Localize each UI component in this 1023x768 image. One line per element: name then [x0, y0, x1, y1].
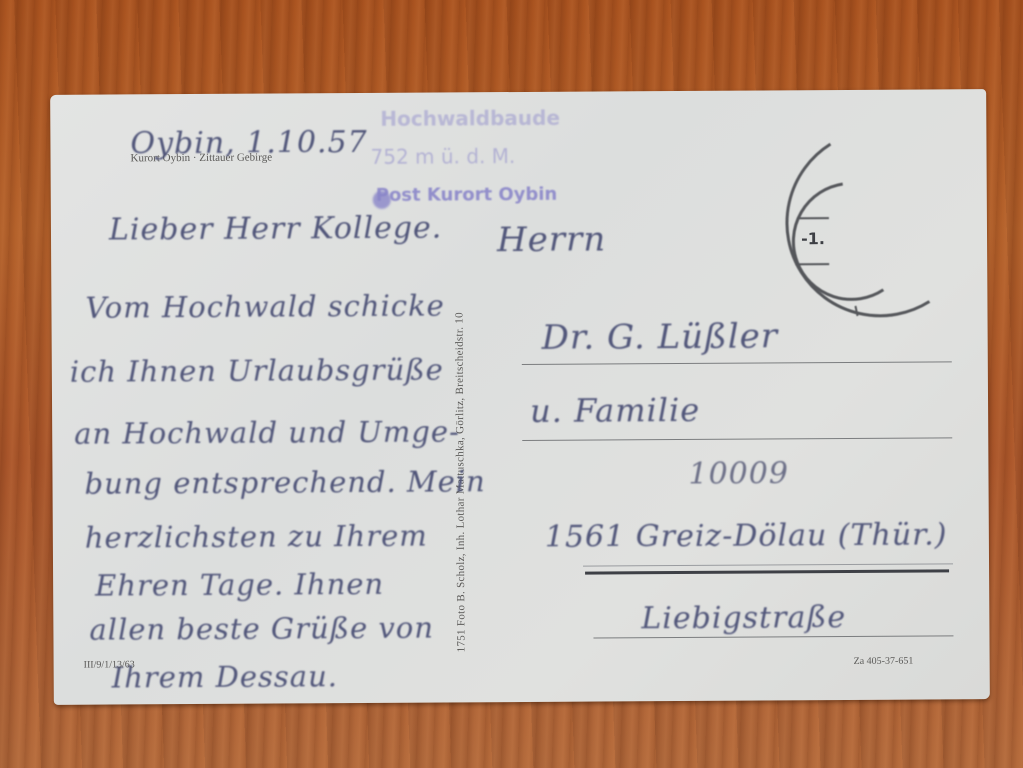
address-city: 1561 Greiz-Dölau (Thür.): [545, 517, 948, 554]
message-line: Ehren Tage. Ihnen: [95, 567, 384, 603]
address-underline: [585, 569, 949, 574]
message-line: herzlichsten zu Ihrem: [85, 519, 428, 555]
address-note-number: 10009: [688, 456, 789, 492]
message-line: Ihrem Dessau.: [112, 659, 338, 694]
address-line-rule: [522, 361, 952, 365]
address-street: Liebigstraße: [641, 600, 846, 636]
address-line-rule: [522, 437, 952, 441]
address-line-rule: [583, 563, 953, 566]
message-date: Oybin, 1.10.57: [130, 125, 367, 161]
message-line: ich Ihnen Urlaubsgrüße: [70, 352, 444, 388]
address-line-2: u. Familie: [530, 391, 700, 430]
message-line: an Hochwald und Umge-: [74, 414, 460, 450]
postcard: Kurort Oybin · Zittauer Gebirge Hochwald…: [50, 89, 990, 705]
message-line: bung entsprechend. Mein: [84, 464, 485, 500]
message-line: Lieber Herr Kollege.: [109, 210, 443, 247]
stamp-line-3: Post Kurort Oybin: [376, 184, 558, 206]
stamp-line-1: Hochwaldbaude: [380, 106, 560, 131]
postmark-text: -1.: [801, 229, 825, 248]
postmark-icon: -1.: [760, 131, 937, 328]
stamp-emblem-icon: [373, 191, 391, 209]
address-salutation: Herrn: [497, 219, 606, 260]
printed-code-right: Za 405-37-651: [854, 656, 914, 667]
message-line: Vom Hochwald schicke: [85, 288, 445, 324]
address-name: Dr. G. Lüßler: [542, 316, 779, 357]
message-line: allen beste Grüße von: [89, 611, 434, 647]
stamp-line-2: 752 m ü. d. M.: [370, 144, 515, 169]
printed-code-left: III/9/1/13/63: [84, 659, 135, 670]
